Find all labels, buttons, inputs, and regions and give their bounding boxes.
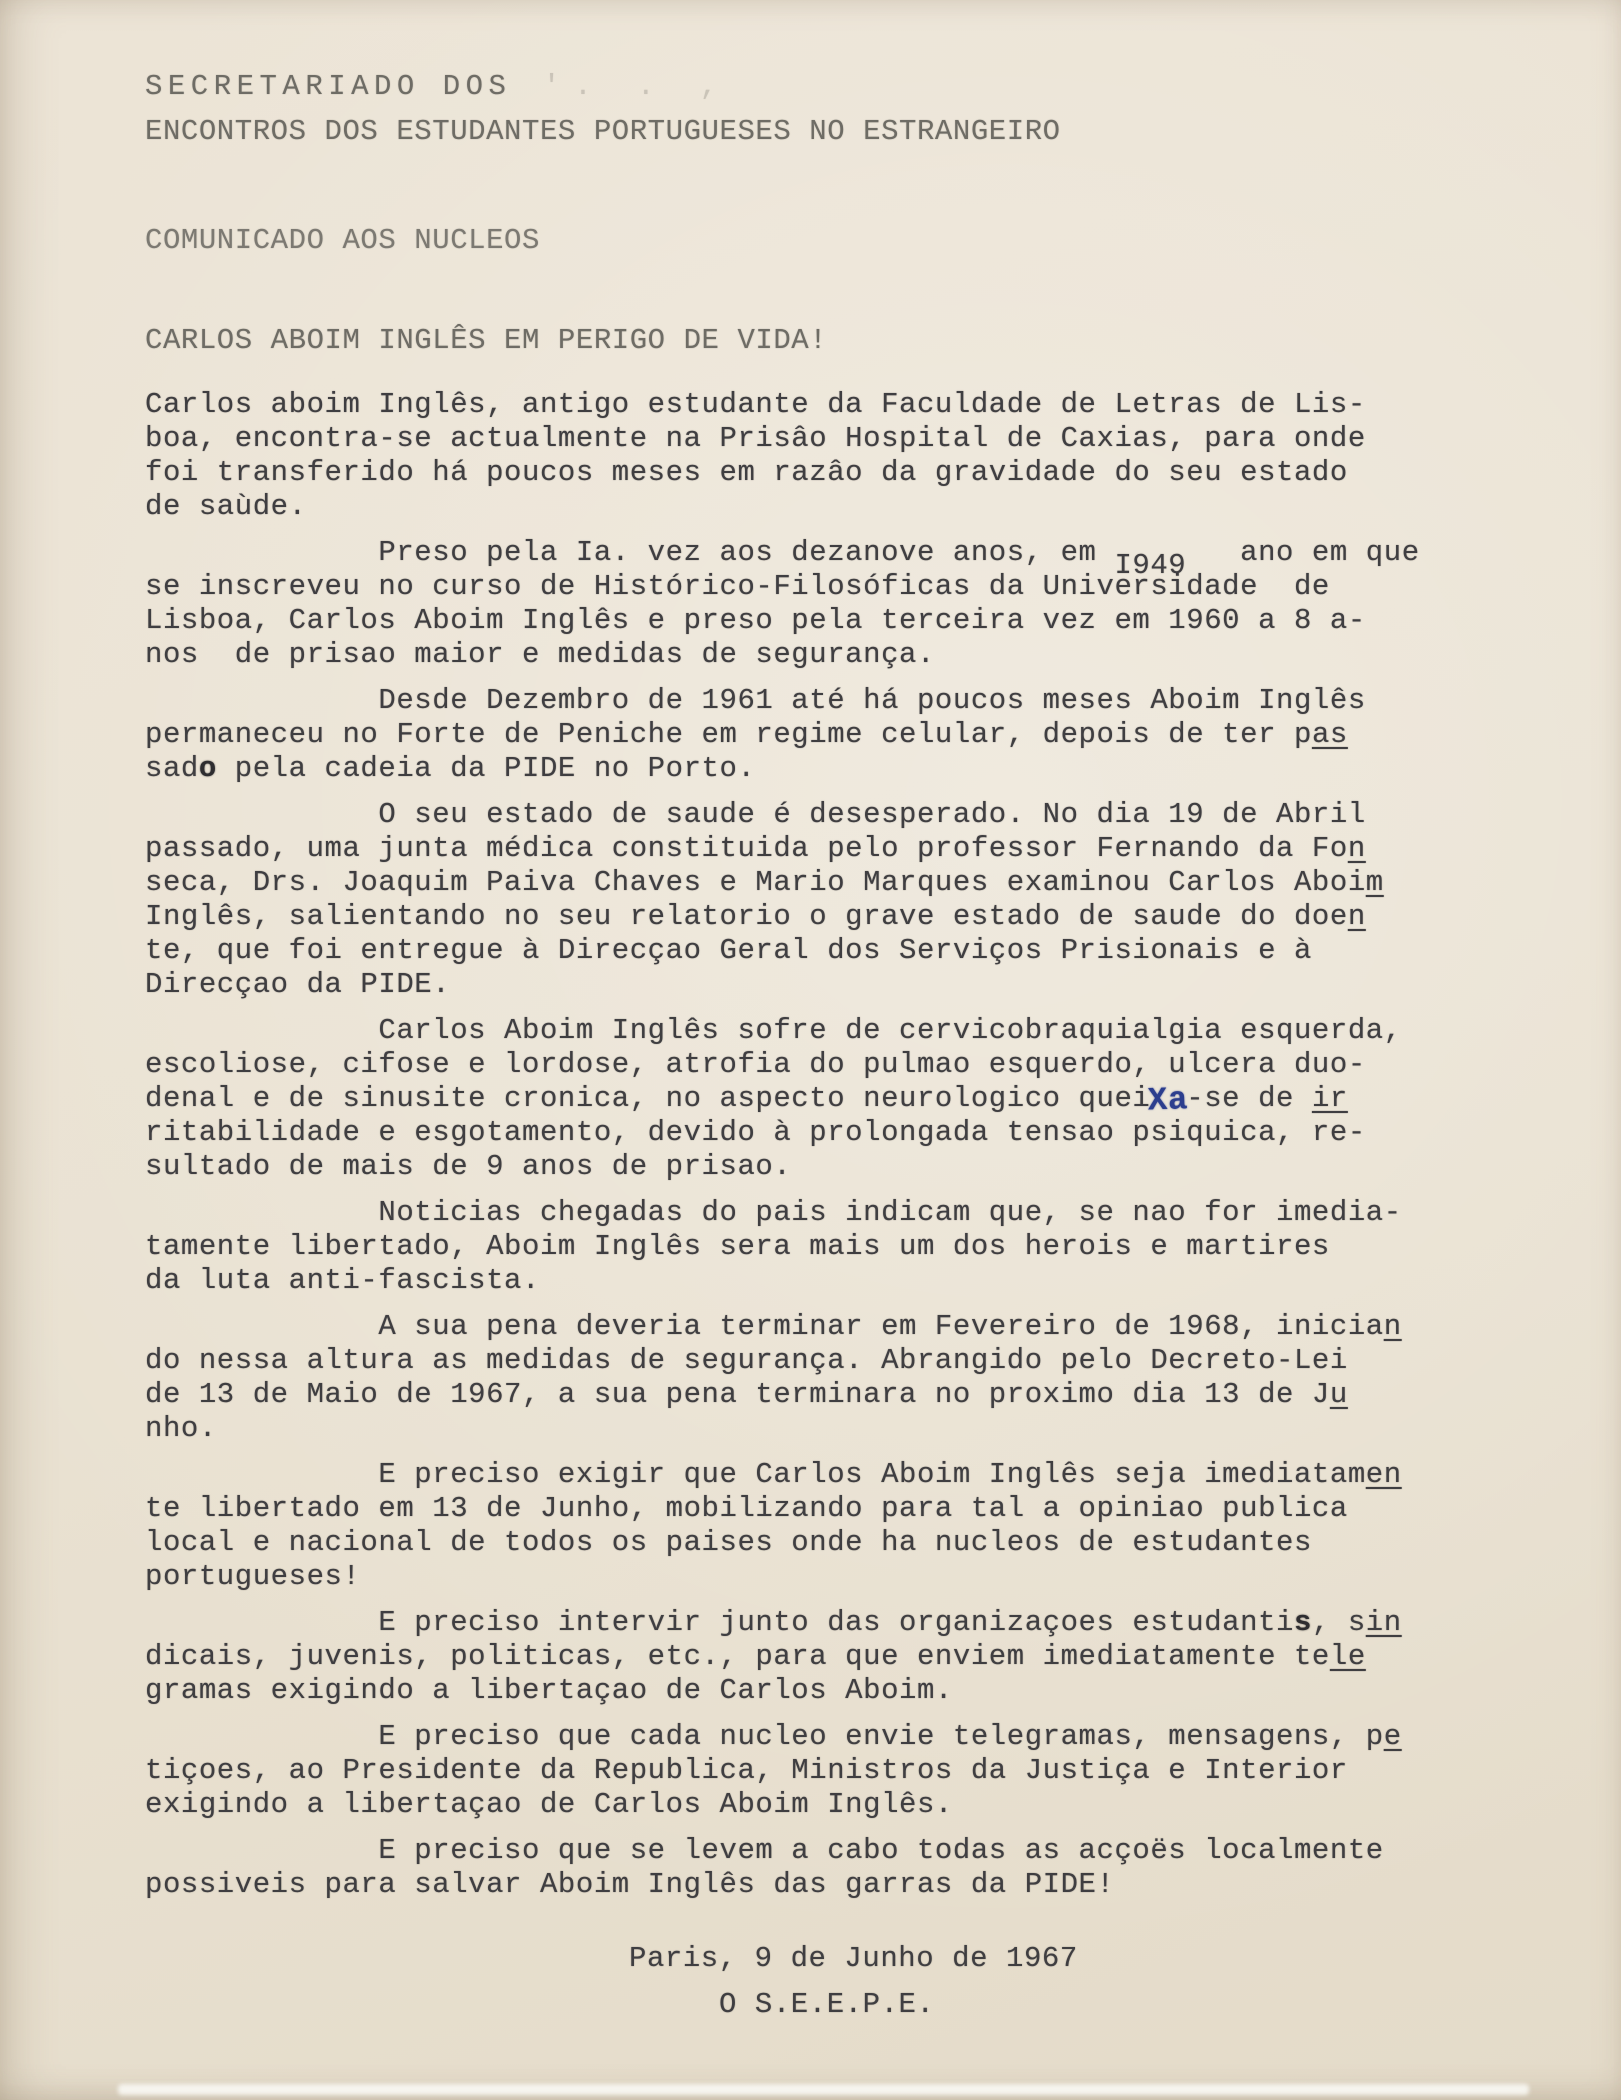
document-title: CARLOS ABOIM INGLÊS EM PERIGO DE VIDA! [145, 324, 1621, 358]
typewritten-line: gramas exigindo a libertaçao de Carlos A… [145, 1674, 1621, 1708]
paragraph: Carlos aboim Inglês, antigo estudante da… [145, 388, 1621, 524]
typewritten-line: E preciso que se levem a cabo todas as a… [145, 1834, 1621, 1868]
underline-mark: u [1330, 1378, 1348, 1411]
typewritten-line: se inscreveu no curso de Histórico-Filos… [145, 570, 1621, 604]
underline-mark: as [1312, 718, 1348, 751]
ink-correction: Xa [1148, 1081, 1190, 1120]
document-body: Carlos aboim Inglês, antigo estudante da… [145, 388, 1621, 1902]
typewritten-line: da luta anti-fascista. [145, 1264, 1621, 1298]
paragraph: E preciso exigir que Carlos Aboim Inglês… [145, 1458, 1621, 1594]
typewritten-line: Inglês, salientando no seu relatorio o g… [145, 900, 1621, 934]
underline-mark: n [1348, 900, 1366, 933]
typewritten-line: de saùde. [145, 490, 1621, 524]
typewritten-line: de 13 de Maio de 1967, a sua pena termin… [145, 1378, 1621, 1412]
typewritten-line: Direcçao da PIDE. [145, 968, 1621, 1002]
typewritten-line: tiçoes, ao Presidente da Republica, Mini… [145, 1754, 1621, 1788]
underline-mark: ir [1312, 1082, 1348, 1115]
typewritten-line: nho. [145, 1412, 1621, 1446]
typewritten-line: passado, uma junta médica constituida pe… [145, 832, 1621, 866]
typewritten-line: Noticias chegadas do pais indicam que, s… [145, 1196, 1621, 1230]
typewritten-line: nos de prisao maior e medidas de seguran… [145, 638, 1621, 672]
typewritten-line: sado pela cadeia da PIDE no Porto. [145, 752, 1621, 786]
typewritten-line: Carlos Aboim Inglês sofre de cervicobraq… [145, 1014, 1621, 1048]
typewritten-line: Desde Dezembro de 1961 até há poucos mes… [145, 684, 1621, 718]
underline-mark: en [1366, 1458, 1402, 1491]
underline-mark: n [1384, 1310, 1402, 1343]
dropped-text: I949 [1114, 549, 1186, 583]
underline-mark: le [1330, 1640, 1366, 1673]
paragraph: E preciso intervir junto das organizaçoe… [145, 1606, 1621, 1708]
header-line-secretariat: SECRETARIADO DOS '. . , [145, 70, 1621, 104]
typewritten-line: ritabilidade e esgotamento, devido à pro… [145, 1116, 1621, 1150]
typewritten-line: te, que foi entregue à Direcçao Geral do… [145, 934, 1621, 968]
typewritten-line: dicais, juvenis, politicas, etc., para q… [145, 1640, 1621, 1674]
typewritten-line: permaneceu no Forte de Peniche em regime… [145, 718, 1621, 752]
communique-heading: COMUNICADO AOS NUCLEOS [145, 224, 1621, 258]
faded-typing-remnant: '. . , [511, 70, 731, 103]
typewritten-line: possiveis para salvar Aboim Inglês das g… [145, 1868, 1621, 1902]
typewritten-line: exigindo a libertaçao de Carlos Aboim In… [145, 1788, 1621, 1822]
typewritten-line: O seu estado de saude é desesperado. No … [145, 798, 1621, 832]
typewritten-line: denal e de sinusite cronica, no aspecto … [145, 1082, 1621, 1116]
typewritten-line: A sua pena deveria terminar em Fevereiro… [145, 1310, 1621, 1344]
header-line-organization: ENCONTROS DOS ESTUDANTES PORTUGUESES NO … [145, 115, 1621, 149]
paragraph: O seu estado de saude é desesperado. No … [145, 798, 1621, 1002]
paragraph: Preso pela Ia. vez aos dezanove anos, em… [145, 536, 1621, 672]
overtype-mark: o [199, 752, 217, 785]
paragraph: Noticias chegadas do pais indicam que, s… [145, 1196, 1621, 1298]
typewritten-line: E preciso exigir que Carlos Aboim Inglês… [145, 1458, 1621, 1492]
page-content: SECRETARIADO DOS '. . , ENCONTROS DOS ES… [0, 0, 1621, 2022]
typewritten-line: Lisboa, Carlos Aboim Inglês e preso pela… [145, 604, 1621, 638]
secretariat-text: SECRETARIADO DOS [145, 70, 511, 103]
paragraph: E preciso que se levem a cabo todas as a… [145, 1834, 1621, 1902]
paragraph: E preciso que cada nucleo envie telegram… [145, 1720, 1621, 1822]
scanned-typewritten-page: SECRETARIADO DOS '. . , ENCONTROS DOS ES… [0, 0, 1621, 2100]
signature-line: O S.E.E.P.E. [719, 1988, 1621, 2022]
typewritten-line: E preciso intervir junto das organizaçoe… [145, 1606, 1621, 1640]
date-line: Paris, 9 de Junho de 1967 [629, 1942, 1621, 1976]
underline-mark: e [1384, 1720, 1402, 1753]
typewritten-line: sultado de mais de 9 anos de prisao. [145, 1150, 1621, 1184]
typewritten-line: E preciso que cada nucleo envie telegram… [145, 1720, 1621, 1754]
paragraph: Carlos Aboim Inglês sofre de cervicobraq… [145, 1014, 1621, 1184]
typewritten-line: Preso pela Ia. vez aos dezanove anos, em… [145, 536, 1621, 570]
underline-mark: n [1348, 832, 1366, 865]
paragraph: A sua pena deveria terminar em Fevereiro… [145, 1310, 1621, 1446]
scanner-edge-artifact [118, 2084, 1529, 2095]
overtype-mark: s [1294, 1606, 1312, 1639]
typewritten-line: seca, Drs. Joaquim Paiva Chaves e Mario … [145, 866, 1621, 900]
typewritten-line: te libertado em 13 de Junho, mobilizando… [145, 1492, 1621, 1526]
typewritten-line: Carlos aboim Inglês, antigo estudante da… [145, 388, 1621, 422]
paragraph: Desde Dezembro de 1961 até há poucos mes… [145, 684, 1621, 786]
typewritten-line: escoliose, cifose e lordose, atrofia do … [145, 1048, 1621, 1082]
typewritten-line: do nessa altura as medidas de segurança.… [145, 1344, 1621, 1378]
typewritten-line: foi transferido há poucos meses em razâo… [145, 456, 1621, 490]
typewritten-line: portugueses! [145, 1560, 1621, 1594]
underline-mark: m [1366, 866, 1384, 899]
typewritten-line: boa, encontra-se actualmente na Prisâo H… [145, 422, 1621, 456]
typewritten-line: tamente libertado, Aboim Inglês sera mai… [145, 1230, 1621, 1264]
typewritten-line: local e nacional de todos os paises onde… [145, 1526, 1621, 1560]
underline-mark: in [1366, 1606, 1402, 1639]
